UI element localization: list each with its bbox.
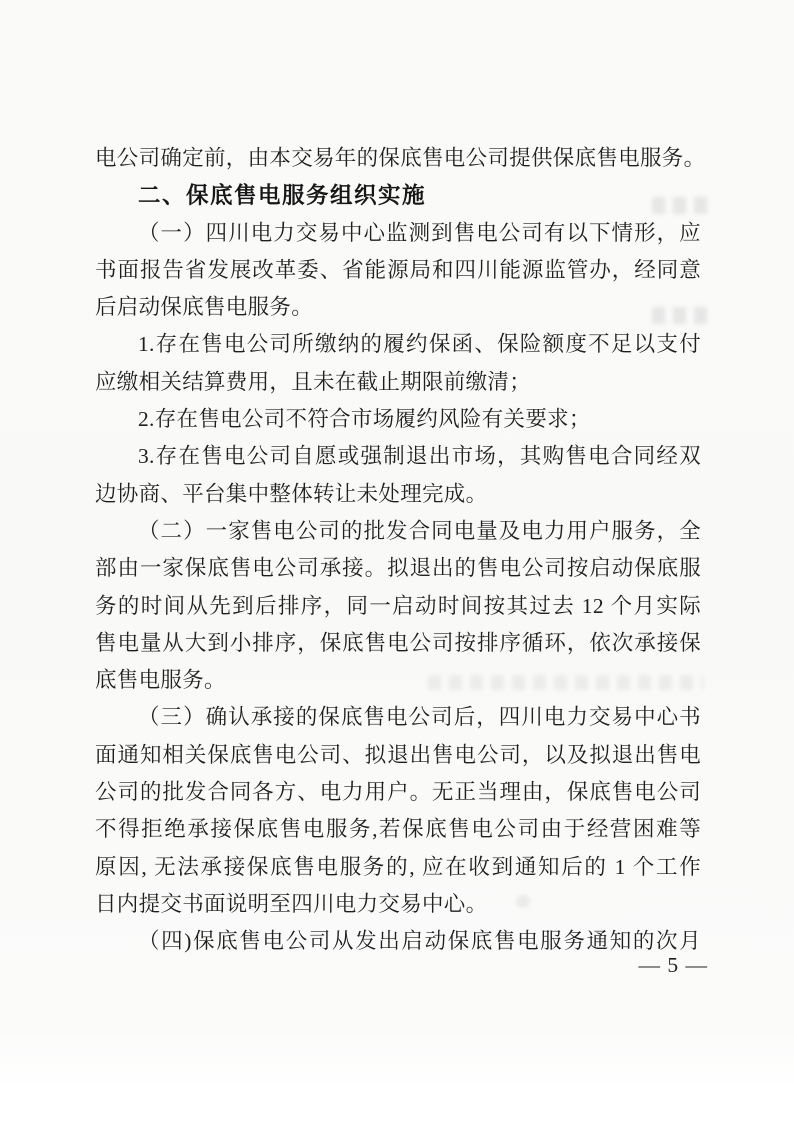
- text-line: 公司的批发合同各方、电力用户。无正当理由，保底售电公司: [95, 774, 701, 811]
- document-page: 电公司确定前，由本交易年的保底售电公司提供保底售电服务。 二、保底售电服务组织实…: [0, 0, 794, 1122]
- text-line: 书面报告省发展改革委、省能源局和四川能源监管办，经同意: [95, 252, 701, 289]
- text-line: 不得拒绝承接保底售电服务,若保底售电公司由于经营困难等: [95, 811, 701, 848]
- text-line: 2.存在售电公司不符合市场履约风险有关要求；: [95, 401, 701, 438]
- bleedthrough-artifact: [652, 307, 708, 324]
- text-line: 部由一家保底售电公司承接。拟退出的售电公司按启动保底服: [95, 550, 701, 587]
- text-line: 1.存在售电公司所缴纳的履约保函、保险额度不足以支付: [95, 326, 701, 363]
- text-line: （四)保底售电公司从发出启动保底售电服务通知的次月: [95, 923, 701, 960]
- text-line: （一）四川电力交易中心监测到售电公司有以下情形，应: [95, 215, 701, 252]
- bleedthrough-artifact: [516, 895, 530, 908]
- page-number: — 5 —: [639, 953, 709, 978]
- text-line: 后启动保底售电服务。: [95, 289, 701, 326]
- text-line: 边协商、平台集中整体转让未处理完成。: [95, 476, 701, 513]
- bleedthrough-artifact: [428, 675, 704, 690]
- text-line: 面通知相关保底售电公司、拟退出售电公司，以及拟退出售电: [95, 737, 701, 774]
- text-line: 原因, 无法承接保底售电服务的, 应在收到通知后的 1 个工作: [95, 849, 701, 886]
- text-line: （三）确认承接的保底售电公司后，四川电力交易中心书: [95, 699, 701, 736]
- document-body: 电公司确定前，由本交易年的保底售电公司提供保底售电服务。 二、保底售电服务组织实…: [95, 140, 701, 961]
- text-line: 3.存在售电公司自愿或强制退出市场，其购售电合同经双: [95, 438, 701, 475]
- text-line: 应缴相关结算费用，且未在截止期限前缴清；: [95, 364, 701, 401]
- bleedthrough-artifact: [652, 197, 708, 214]
- text-line: 日内提交书面说明至四川电力交易中心。: [95, 886, 701, 923]
- text-line: （二）一家售电公司的批发合同电量及电力用户服务，全: [95, 513, 701, 550]
- text-line: 售电量从大到小排序，保底售电公司按排序循环，依次承接保: [95, 625, 701, 662]
- text-line: 务的时间从先到后排序，同一启动时间按其过去 12 个月实际: [95, 588, 701, 625]
- section-heading: 二、保底售电服务组织实施: [95, 177, 701, 214]
- text-line: 电公司确定前，由本交易年的保底售电公司提供保底售电服务。: [95, 140, 701, 177]
